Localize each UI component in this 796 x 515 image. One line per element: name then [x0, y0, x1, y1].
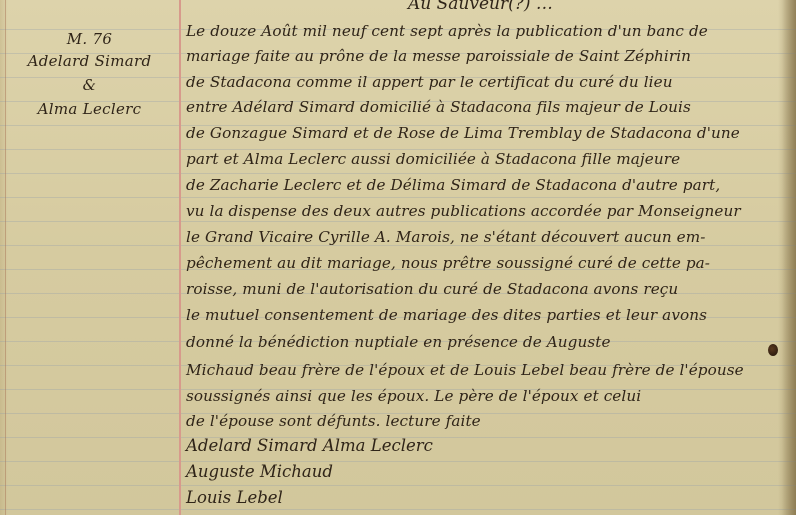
page-heading: Au Sauveur(?) … — [408, 0, 553, 14]
entry-line: donné la bénédiction nuptiale en présenc… — [186, 333, 611, 351]
entry-line: entre Adélard Simard domicilié à Stadaco… — [186, 98, 691, 116]
signature-witness-2: Louis Lebel — [186, 488, 283, 507]
entry-line: de Zacharie Leclerc et de Délima Simard … — [186, 176, 720, 194]
entry-line: part et Alma Leclerc aussi domiciliée à … — [186, 150, 680, 168]
entry-line: de l'épouse sont défunts. lecture faite — [186, 412, 481, 430]
entry-line: Le douze Août mil neuf cent sept après l… — [186, 22, 708, 40]
margin-groom-name: Adelard Simard — [0, 52, 179, 70]
entry-line: Michaud beau frère de l'époux et de Loui… — [186, 361, 744, 379]
signature-spouses: Adelard Simard Alma Leclerc — [186, 436, 433, 455]
entry-line: le mutuel consentement de mariage des di… — [186, 306, 707, 324]
entry-line: de Stadacona comme il appert par le cert… — [186, 73, 673, 91]
entry-line: le Grand Vicaire Cyrille A. Marois, ne s… — [186, 228, 705, 246]
entry-line: soussignés ainsi que les époux. Le père … — [186, 387, 641, 405]
entry-line: pêchement au dit mariage, nous prêtre so… — [186, 254, 710, 272]
signature-witness-1: Auguste Michaud — [186, 462, 333, 481]
punch-hole — [768, 344, 778, 356]
entry-line: de Gonzague Simard et de Rose de Lima Tr… — [186, 124, 740, 142]
margin-ampersand: & — [0, 76, 179, 94]
entry-line: mariage faite au prône de la messe paroi… — [186, 47, 691, 65]
entry-number: M. 76 — [0, 30, 179, 48]
binding-shadow — [778, 0, 796, 515]
entry-line: roisse, muni de l'autorisation du curé d… — [186, 280, 678, 298]
margin-bride-name: Alma Leclerc — [0, 100, 179, 118]
register-page: Au Sauveur(?) … M. 76 Adelard Simard & A… — [0, 0, 796, 515]
entry-line: vu la dispense des deux autres publicati… — [186, 202, 741, 220]
red-margin-rule — [179, 0, 181, 515]
